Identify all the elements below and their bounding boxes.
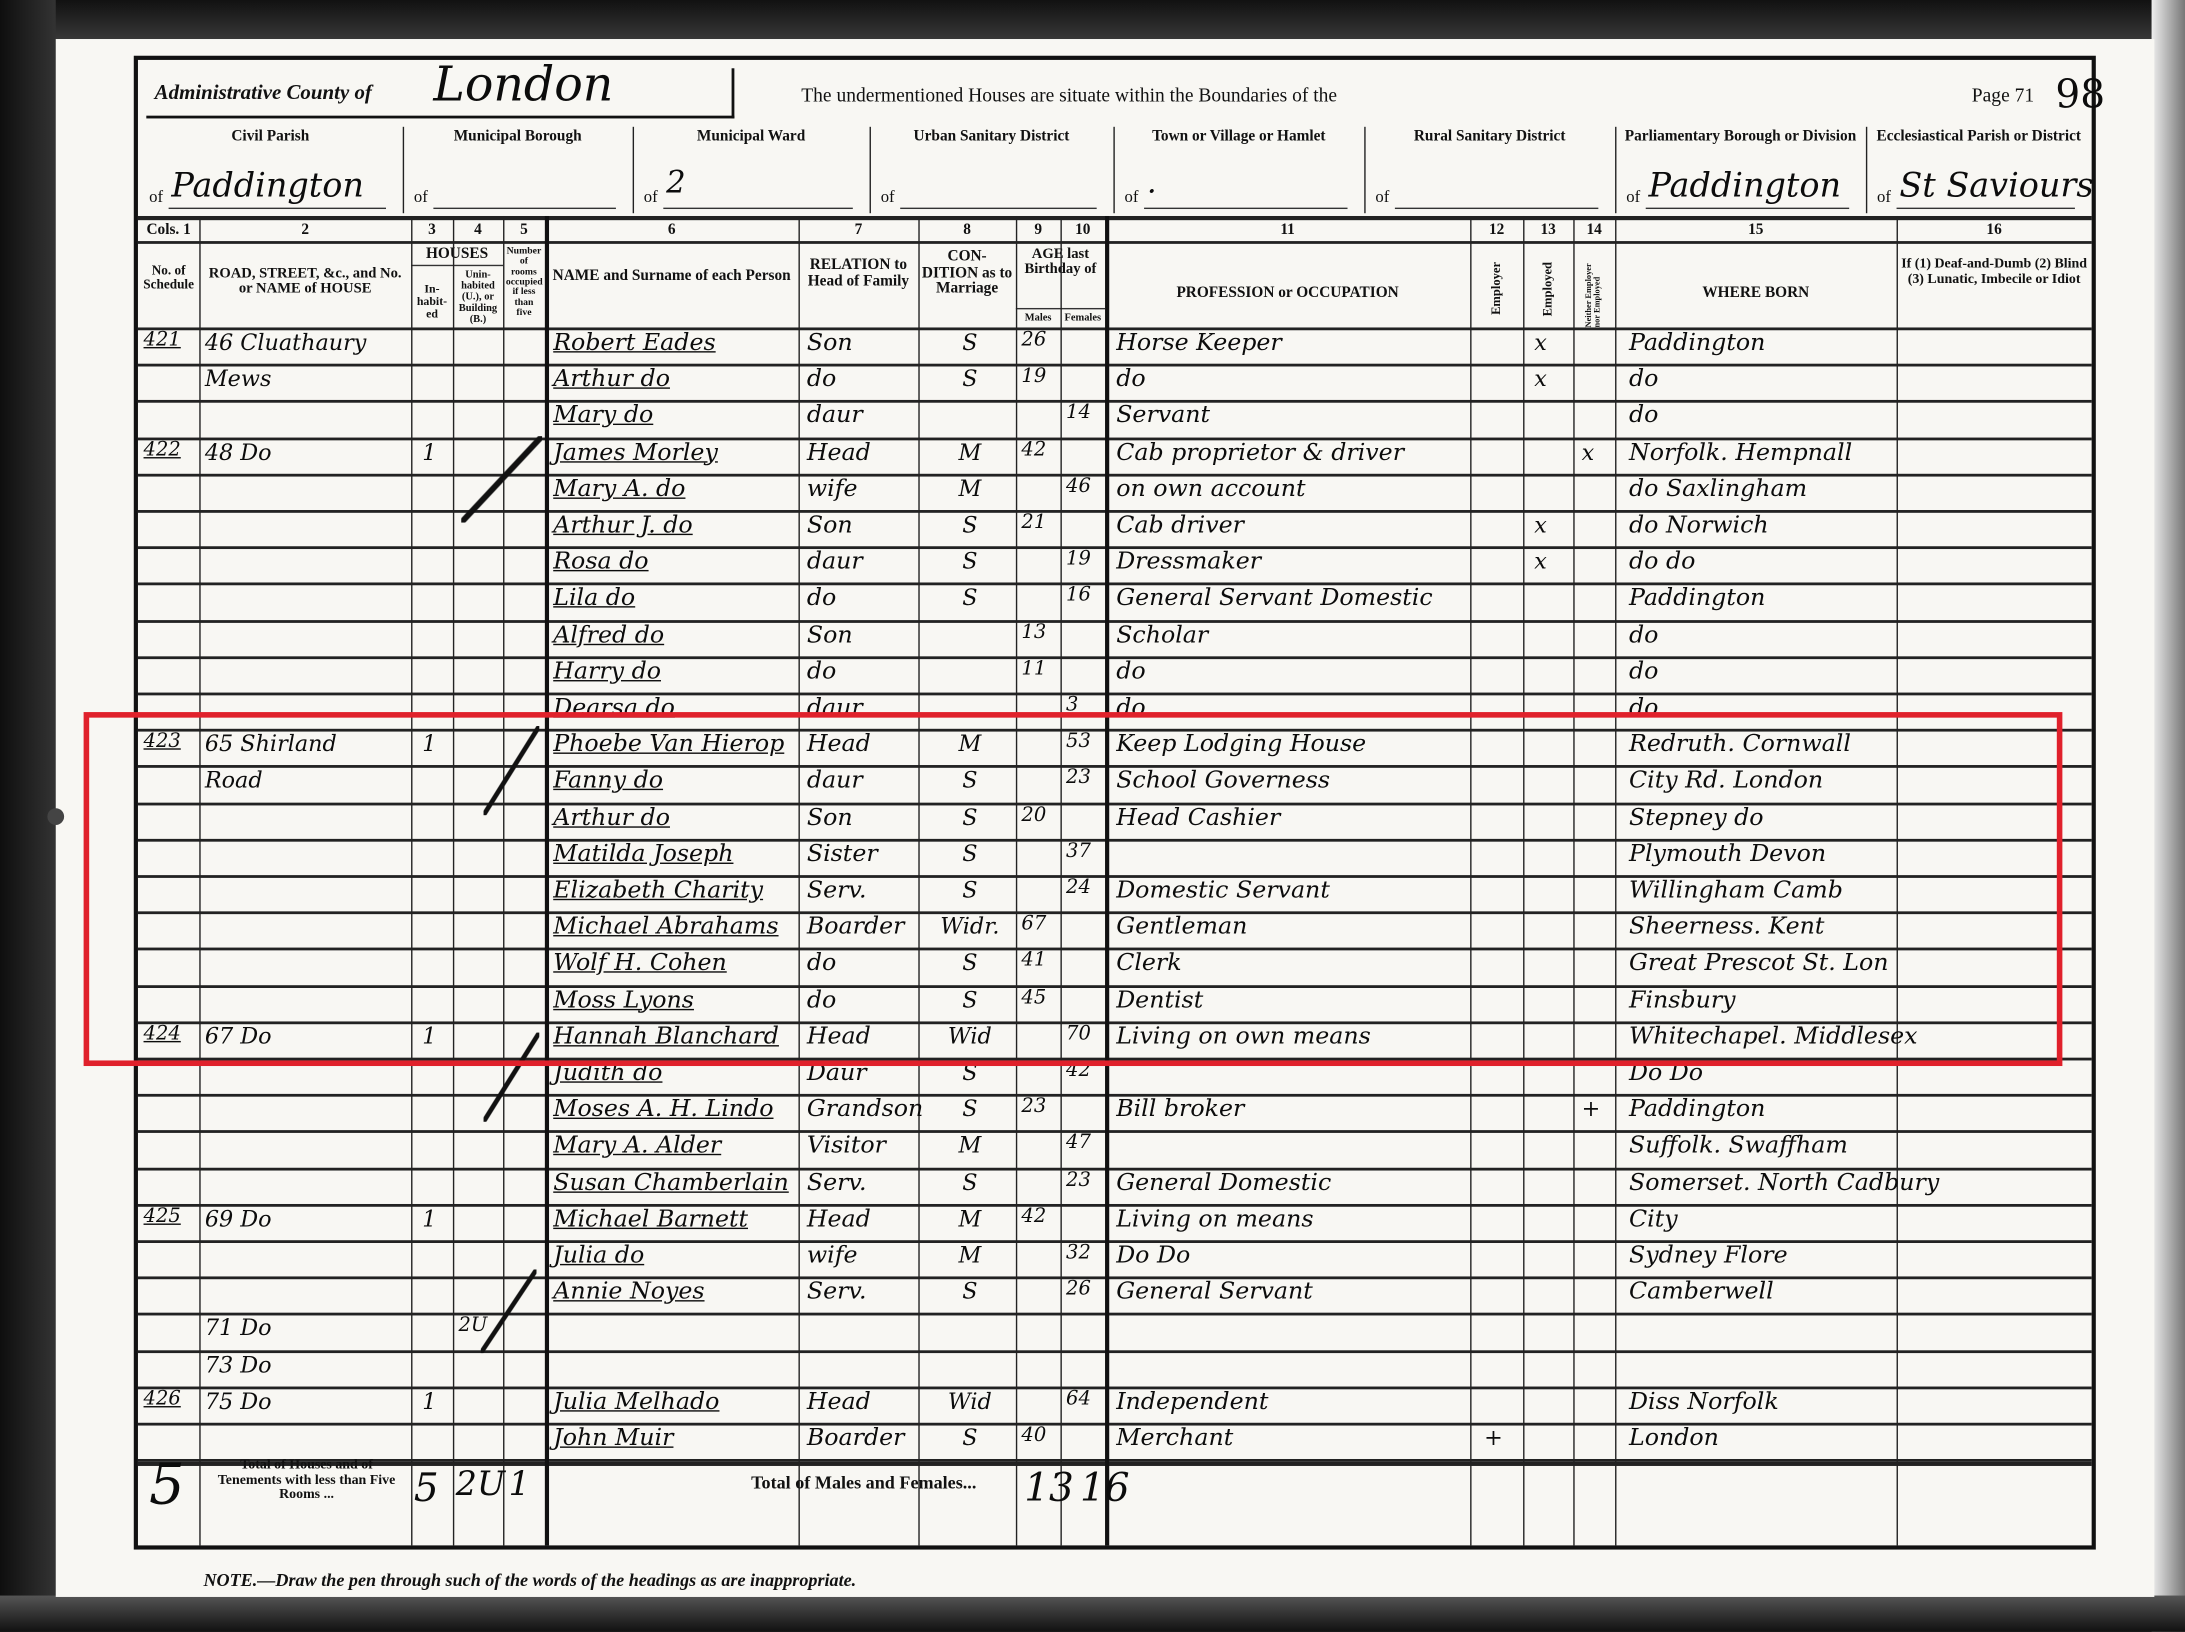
divider (138, 216, 2092, 220)
cell-condition: Wid (927, 1388, 1013, 1414)
cell-relation: Son (807, 803, 916, 831)
cell-name: Moss Lyons (553, 986, 795, 1014)
cell-condition: S (927, 1059, 1013, 1085)
cell-occupation: Scholar (1116, 621, 1467, 649)
cell-name: John Muir (553, 1424, 795, 1452)
cell-age-female: 46 (1066, 475, 1105, 497)
cell-name: Arthur do (553, 365, 795, 393)
column-number: 14 (1573, 222, 1615, 239)
cell-relation: do (807, 986, 916, 1014)
total-males: 13 (1024, 1465, 1074, 1511)
header-houses: HOUSES (414, 247, 500, 263)
column-number: 12 (1470, 222, 1523, 239)
boundaries-text: The undermentioned Houses are situate wi… (801, 88, 1337, 108)
cell-relation: do (807, 950, 916, 978)
cell-schedule: 424 (144, 1023, 197, 1045)
cell-name: Judith do (553, 1059, 795, 1087)
district-underline (1144, 208, 1347, 209)
header-uninhabited: Unin-habited (U.), or Building (B.) (456, 269, 501, 324)
cell-name: Julia do (553, 1242, 795, 1270)
column-number: 9 (1016, 222, 1061, 239)
cell-name: Hannah Blanchard (553, 1023, 795, 1051)
cell-condition: S (927, 1169, 1013, 1195)
cell-where-born: Great Prescot St. Lon (1629, 950, 1894, 978)
cell-occupation: Cab proprietor & driver (1116, 438, 1467, 466)
cell-schedule: 422 (144, 438, 197, 460)
cell-name: Elizabeth Charity (553, 877, 795, 905)
column-rule (1105, 216, 1109, 1545)
cell-condition: S (927, 840, 1013, 866)
total-houses-label: Total of Houses and of Tenements with le… (216, 1459, 397, 1503)
header-employer: Employer (1470, 249, 1523, 327)
cell-age-female: 3 (1066, 694, 1105, 716)
cell-address: 75 Do (205, 1388, 408, 1414)
cell-condition: M (927, 475, 1013, 501)
cell-age-female: 24 (1066, 877, 1105, 899)
cell-occupation: Horse Keeper (1116, 329, 1467, 357)
header-name: NAME and Surname of each Person (548, 269, 796, 285)
cell-name: Julia Melhado (553, 1388, 795, 1416)
district-of-label: of (1125, 188, 1139, 206)
cell-occupation: Bill broker (1116, 1096, 1467, 1124)
cell-condition: M (927, 438, 1013, 464)
district-underline (663, 208, 853, 209)
district-label: Municipal Ward (633, 130, 870, 146)
cell-where-born: Camberwell (1629, 1278, 1894, 1306)
cell-name: Mary do (553, 402, 795, 430)
district-of-label: of (1877, 188, 1891, 206)
cell-relation: Son (807, 329, 916, 357)
header-rooms: Number of rooms occupied if less than fi… (506, 247, 542, 319)
binding-hole (47, 808, 64, 825)
cell-age-female: 70 (1066, 1023, 1105, 1045)
column-number: Cols. 1 (138, 222, 199, 239)
cell-where-born: Redruth. Cornwall (1629, 730, 1894, 758)
cell-schedule: 421 (144, 329, 197, 351)
cell-address: 48 Do (205, 438, 408, 464)
cell-where-born: Stepney do (1629, 803, 1894, 831)
cell-condition: M (927, 730, 1013, 756)
district-label: Municipal Borough (403, 130, 633, 146)
cell-name: Michael Abrahams (553, 913, 795, 941)
cell-where-born: Willingham Camb (1629, 877, 1894, 905)
cell-where-born: do Saxlingham (1629, 475, 1894, 503)
district-label: Parliamentary Borough or Division (1615, 130, 1866, 146)
cell-inhabited: 1 (422, 1388, 450, 1414)
district-label: Town or Village or Hamlet (1113, 130, 1364, 146)
cell-condition: S (927, 803, 1013, 829)
divider (411, 265, 503, 266)
district-of-label: of (1375, 188, 1389, 206)
cell-name: Michael Barnett (553, 1205, 795, 1233)
district-underline (169, 208, 386, 209)
cell-inhabited: 1 (422, 438, 450, 464)
cell-schedule: 426 (144, 1388, 197, 1410)
cell-name: Phoebe Van Hierop (553, 730, 795, 758)
column-number: 16 (1897, 222, 2092, 239)
cell-address: 73 Do (205, 1351, 408, 1377)
cell-employer: + (1484, 1424, 1512, 1450)
cell-where-born: City Rd. London (1629, 767, 1894, 795)
total-persons-label: Total of Males and Females... (751, 1473, 976, 1492)
cell-age-female: 32 (1066, 1242, 1105, 1264)
total-rooms: 1 (509, 1465, 530, 1504)
column-rule (411, 216, 412, 1545)
cell-condition: M (927, 1132, 1013, 1158)
column-number: 10 (1060, 222, 1105, 239)
column-rule (199, 216, 200, 1545)
cell-where-born: Diss Norfolk (1629, 1388, 1894, 1416)
pen-stroke-mark (484, 1033, 540, 1122)
cell-name: Rosa do (553, 548, 795, 576)
cell-relation: daur (807, 402, 916, 430)
district-label: Rural Sanitary District (1364, 130, 1615, 146)
cell-age-female: 42 (1066, 1059, 1105, 1081)
total-inhabited: 5 (414, 1465, 439, 1511)
county-box: Administrative County of London (146, 68, 734, 118)
header-neither: Neither Employer nor Employed (1573, 249, 1615, 327)
district-of-label: of (1626, 188, 1640, 206)
cell-relation: Head (807, 730, 916, 758)
cell-condition: S (927, 584, 1013, 610)
cell-name: Harry do (553, 657, 795, 685)
cell-relation: Boarder (807, 1424, 916, 1452)
cell-condition: S (927, 365, 1013, 391)
cell-address: Mews (205, 365, 408, 391)
cell-address: 71 Do (205, 1315, 408, 1341)
column-number: 5 (503, 222, 545, 239)
district-underline (900, 208, 1096, 209)
cell-inhabited: 1 (422, 1205, 450, 1231)
district-value: Paddington (1649, 166, 1842, 205)
cell-occupation: Gentleman (1116, 913, 1467, 941)
column-number: 8 (918, 222, 1016, 239)
column-rule (1573, 216, 1574, 1545)
cell-relation: Serv. (807, 877, 916, 905)
header-employed: Employed (1523, 249, 1573, 327)
cell-relation: wife (807, 475, 916, 503)
cell-condition: S (927, 548, 1013, 574)
row-rule (138, 1350, 2092, 1353)
district-of-label: of (149, 188, 163, 206)
cell-where-born: Norfolk. Hempnall (1629, 438, 1894, 466)
column-number: 11 (1105, 222, 1470, 239)
total-females: 16 (1080, 1465, 1130, 1511)
census-page-stage: Administrative County of London The unde… (0, 0, 2185, 1632)
cell-relation: Daur (807, 1059, 916, 1087)
cell-condition: Wid (927, 1023, 1013, 1049)
cell-age-female: 14 (1066, 402, 1105, 424)
cell-age-male: 19 (1021, 365, 1060, 387)
cell-name: Moses A. H. Lindo (553, 1096, 795, 1124)
district-underline (1646, 208, 1849, 209)
cell-occupation: do (1116, 694, 1467, 722)
district-value: 2 (666, 166, 686, 201)
column-rule (1615, 216, 1616, 1545)
cell-age-male: 42 (1021, 438, 1060, 460)
cell-condition: S (927, 511, 1013, 537)
column-rule (798, 216, 799, 1545)
cell-name: Arthur do (553, 803, 795, 831)
cell-relation: Head (807, 1388, 916, 1416)
cell-occupation: Dressmaker (1116, 548, 1467, 576)
cell-name: Arthur J. do (553, 511, 795, 539)
cell-name: Dearsa do (553, 694, 795, 722)
column-number: 15 (1615, 222, 1896, 239)
cell-age-female: 16 (1066, 584, 1105, 606)
cell-name: Annie Noyes (553, 1278, 795, 1306)
cell-where-born: Sheerness. Kent (1629, 913, 1894, 941)
total-schedules: 5 (149, 1453, 184, 1517)
cell-name: James Morley (553, 438, 795, 466)
cell-where-born: do do (1629, 548, 1894, 576)
cell-age-male: 45 (1021, 986, 1060, 1008)
cell-employed: x (1534, 511, 1562, 537)
cell-condition: S (927, 329, 1013, 355)
district-of-label: of (644, 188, 658, 206)
cell-relation: daur (807, 767, 916, 795)
cell-occupation: Living on own means (1116, 1023, 1467, 1051)
header-inhabited: In-habit-ed (414, 283, 450, 320)
header-females: Females (1063, 312, 1102, 323)
cell-occupation: General Domestic (1116, 1169, 1467, 1197)
cell-age-female: 23 (1066, 767, 1105, 789)
cell-relation: Head (807, 438, 916, 466)
cell-occupation: Domestic Servant (1116, 877, 1467, 905)
cell-name: Matilda Joseph (553, 840, 795, 868)
scan-edge-right (2152, 0, 2185, 1632)
header-schedule: No. of Schedule (141, 266, 197, 294)
cell-condition: M (927, 1205, 1013, 1231)
cell-name: Alfred do (553, 621, 795, 649)
cell-condition: S (927, 767, 1013, 793)
census-form: Administrative County of London The unde… (134, 56, 2096, 1550)
cell-age-male: 26 (1021, 329, 1060, 351)
district-underline (1897, 208, 2075, 209)
cell-condition: S (927, 986, 1013, 1012)
cell-occupation: Clerk (1116, 950, 1467, 978)
district-label: Ecclesiastical Parish or District (1866, 130, 2092, 146)
cell-occupation: Keep Lodging House (1116, 730, 1467, 758)
cell-where-born: do Norwich (1629, 511, 1894, 539)
cell-relation: daur (807, 694, 916, 722)
cell-inhabited: 1 (422, 730, 450, 756)
cell-age-female: 19 (1066, 548, 1105, 570)
cell-age-male: 41 (1021, 950, 1060, 972)
cell-occupation: Cab driver (1116, 511, 1467, 539)
column-number: 4 (453, 222, 503, 239)
column-number: 3 (411, 222, 453, 239)
column-rule (1523, 216, 1524, 1545)
cell-name: Susan Chamberlain (553, 1169, 795, 1197)
cell-age-male: 23 (1021, 1096, 1060, 1118)
cell-occupation: on own account (1116, 475, 1467, 503)
cell-address: Road (205, 767, 408, 793)
cell-condition: S (927, 1424, 1013, 1450)
county-label: Administrative County of (155, 82, 372, 106)
cell-age-male: 40 (1021, 1424, 1060, 1446)
cell-address: 67 Do (205, 1023, 408, 1049)
cell-address: 46 Cluathaury (205, 329, 408, 355)
cell-occupation: do (1116, 365, 1467, 393)
row-rule (138, 1313, 2092, 1316)
column-rule (1470, 216, 1471, 1545)
cell-occupation: Living on means (1116, 1205, 1467, 1233)
cell-employed: x (1534, 365, 1562, 391)
page-number: 98 (2055, 71, 2105, 117)
cell-schedule: 425 (144, 1205, 197, 1227)
cell-where-born: Sydney Flore (1629, 1242, 1894, 1270)
scan-edge-bottom (0, 1596, 2185, 1632)
cell-age-male: 13 (1021, 621, 1060, 643)
cell-condition: S (927, 950, 1013, 976)
cell-occupation: General Servant (1116, 1278, 1467, 1306)
district-value: St Saviours (1899, 166, 2093, 205)
cell-where-born: Paddington (1629, 584, 1894, 612)
cell-where-born: Suffolk. Swaffham (1629, 1132, 1894, 1160)
column-number: 2 (199, 222, 411, 239)
cell-condition: S (927, 877, 1013, 903)
header-occupation: PROFESSION or OCCUPATION (1108, 286, 1468, 302)
column-rule (1016, 216, 1017, 1545)
column-number: 7 (798, 222, 918, 239)
cell-age-female: 64 (1066, 1388, 1105, 1410)
cell-occupation: School Governess (1116, 767, 1467, 795)
cell-relation: do (807, 584, 916, 612)
district-value: Paddington (171, 166, 364, 205)
header-condition: CON-DITION as to Marriage (921, 249, 1013, 297)
cell-neither: + (1582, 1096, 1610, 1122)
column-rule (545, 216, 549, 1545)
cell-age-male: 20 (1021, 803, 1060, 825)
cell-age-male: 11 (1021, 657, 1060, 679)
cell-where-born: do (1629, 365, 1894, 393)
cell-relation: daur (807, 548, 916, 576)
cell-age-male: 42 (1021, 1205, 1060, 1227)
cell-occupation: Servant (1116, 402, 1467, 430)
cell-age-male: 21 (1021, 511, 1060, 533)
district-of-label: of (881, 188, 895, 206)
cell-relation: Head (807, 1023, 916, 1051)
cell-age-female: 53 (1066, 730, 1105, 752)
pen-stroke-mark (481, 1269, 537, 1353)
district-label: Urban Sanitary District (870, 130, 1114, 146)
cell-relation: Son (807, 511, 916, 539)
cell-occupation: Head Cashier (1116, 803, 1467, 831)
header-infirmity: If (1) Deaf-and-Dumb (2) Blind (3) Lunat… (1899, 258, 2089, 287)
cell-relation: Serv. (807, 1169, 916, 1197)
cell-inhabited: 1 (422, 1023, 450, 1049)
cell-where-born: do (1629, 694, 1894, 722)
cell-relation: Visitor (807, 1132, 916, 1160)
cell-address: 69 Do (205, 1205, 408, 1231)
cell-occupation: Merchant (1116, 1424, 1467, 1452)
cell-employed: x (1534, 329, 1562, 355)
cell-occupation: Dentist (1116, 986, 1467, 1014)
cell-age-female: 37 (1066, 840, 1105, 862)
cell-condition: M (927, 1242, 1013, 1268)
cell-condition: S (927, 1096, 1013, 1122)
cell-age-male: 67 (1021, 913, 1060, 935)
cell-name: Mary A. Alder (553, 1132, 795, 1160)
cell-occupation: Do Do (1116, 1242, 1467, 1270)
cell-where-born: do (1629, 402, 1894, 430)
cell-relation: Grandson (807, 1096, 916, 1124)
cell-where-born: do (1629, 621, 1894, 649)
header-address: ROAD, STREET, &c., and No. or NAME of HO… (202, 266, 408, 297)
total-uninhabited: 2U (456, 1465, 505, 1504)
column-rule (1897, 216, 1898, 1545)
cell-where-born: Whitechapel. Middlesex (1629, 1023, 1894, 1051)
cell-where-born: Do Do (1629, 1059, 1894, 1087)
cell-name: Robert Eades (553, 329, 795, 357)
cell-name: Wolf H. Cohen (553, 950, 795, 978)
cell-name: Mary A. do (553, 475, 795, 503)
cell-age-female: 23 (1066, 1169, 1105, 1191)
column-number: 6 (545, 222, 799, 239)
column-rule (1060, 216, 1061, 1545)
district-of-label: of (414, 188, 428, 206)
footer-note: NOTE.—Draw the pen through such of the w… (203, 1569, 856, 1591)
column-number: 13 (1523, 222, 1573, 239)
cell-occupation: Independent (1116, 1388, 1467, 1416)
header-males: Males (1019, 312, 1058, 323)
cell-neither: x (1582, 438, 1610, 464)
pen-stroke-mark (461, 436, 542, 522)
cell-where-born: Plymouth Devon (1629, 840, 1894, 868)
cell-where-born: Finsbury (1629, 986, 1894, 1014)
pen-stroke-mark (484, 726, 540, 815)
district-underline (433, 208, 616, 209)
cell-relation: do (807, 657, 916, 685)
cell-address: 65 Shirland (205, 730, 408, 756)
cell-where-born: City (1629, 1205, 1894, 1233)
column-rule (453, 216, 454, 1545)
cell-where-born: do (1629, 657, 1894, 685)
county-value: London (433, 57, 613, 113)
district-underline (1395, 208, 1598, 209)
divider (138, 241, 2092, 244)
cell-name: Fanny do (553, 767, 795, 795)
cell-relation: Son (807, 621, 916, 649)
cell-where-born: London (1629, 1424, 1894, 1452)
page-label: Page 71 (1972, 88, 2034, 108)
cell-name: Lila do (553, 584, 795, 612)
cell-relation: Serv. (807, 1278, 916, 1306)
cell-age-female: 47 (1066, 1132, 1105, 1154)
cell-occupation: General Servant Domestic (1116, 584, 1467, 612)
cell-where-born: Paddington (1629, 329, 1894, 357)
cell-where-born: Paddington (1629, 1096, 1894, 1124)
cell-condition: S (927, 1278, 1013, 1304)
cell-relation: Sister (807, 840, 916, 868)
cell-schedule: 423 (144, 730, 197, 752)
district-value: . (1147, 166, 1157, 201)
cell-relation: Head (807, 1205, 916, 1233)
district-label: Civil Parish (138, 130, 403, 146)
cell-age-female: 26 (1066, 1278, 1105, 1300)
cell-condition: Widr. (927, 913, 1013, 939)
header-where-born: WHERE BORN (1618, 286, 1894, 302)
scan-edge-top (0, 0, 2185, 42)
header-relation: RELATION to Head of Family (801, 258, 915, 290)
cell-where-born: Somerset. North Cadbury (1629, 1169, 1894, 1197)
cell-relation: wife (807, 1242, 916, 1270)
cell-employed: x (1534, 548, 1562, 574)
cell-relation: Boarder (807, 913, 916, 941)
cell-relation: do (807, 365, 916, 393)
column-rule (918, 216, 919, 1545)
